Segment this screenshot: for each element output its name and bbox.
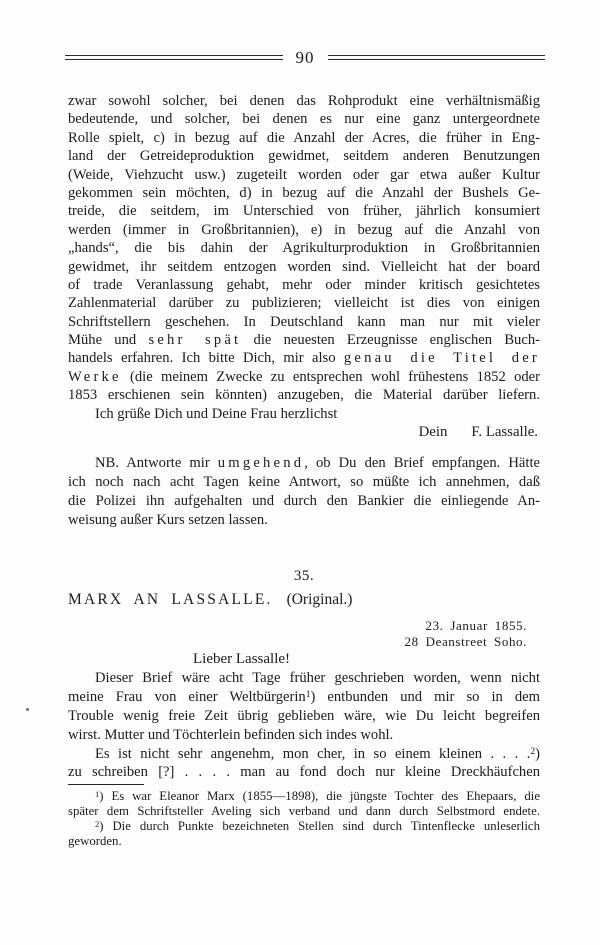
text-line: wirst. Mutter und Töchterlein befinden s… bbox=[68, 726, 540, 745]
date-block: 23. Januar 1855. 28 Deanstreet Soho. bbox=[68, 618, 540, 649]
section-heading: MARX AN LASSALLE.(Original.) bbox=[68, 590, 540, 609]
header-rule-right bbox=[328, 55, 546, 60]
section-number: 35. bbox=[68, 567, 540, 585]
text-line: „hands“, die bis dahin der Agrikulturpro… bbox=[68, 239, 540, 257]
page-header: 90 bbox=[65, 50, 545, 66]
address-line: 28 Deanstreet Soho. bbox=[68, 634, 527, 650]
text-line: bedeutende, und solcher, bei denen es nu… bbox=[68, 110, 540, 128]
signature-line: Dein F. Lassalle. bbox=[68, 423, 540, 441]
text-line: die Polizei ihn aufgehalten und durch de… bbox=[68, 492, 540, 511]
header-rule-left bbox=[65, 55, 283, 60]
text-line: Werke (die meinem Zwecke zu entsprechen … bbox=[68, 368, 540, 386]
text-line: ich noch nach acht Tagen keine Antwort, … bbox=[68, 473, 540, 492]
text-line: Rolle spielt, c) in bezug auf die Anzahl… bbox=[68, 129, 540, 147]
text-line: 1) Es war Eleanor Marx (1855—1898), die … bbox=[68, 789, 540, 804]
text-line: of trade Veranlassung gehabt, mehr oder … bbox=[68, 276, 540, 294]
text-line: 1853 erschienen sein könnten) anzugeben,… bbox=[68, 386, 540, 404]
page-content: zwar sowohl solcher, bei denen das Rohpr… bbox=[0, 92, 600, 849]
text-line: handels erfahren. Ich bitte Dich, mir al… bbox=[68, 349, 540, 367]
text-line: land der Getreideproduktion gewidmet, se… bbox=[68, 147, 540, 165]
text-line: weisung außer Kurs setzen lassen. bbox=[68, 511, 540, 530]
signature-salutation: Dein bbox=[419, 423, 448, 441]
text-line: zwar sowohl solcher, bei denen das Rohpr… bbox=[68, 92, 540, 110]
text-line: Schriftstellern geschehen. In Deutschlan… bbox=[68, 313, 540, 331]
text-line: gekommen sein möchten, d) in bezug auf d… bbox=[68, 184, 540, 202]
text-line: später dem Schriftsteller Aveling sich v… bbox=[68, 804, 540, 819]
text-line: Es ist nicht sehr angenehm, mon cher, in… bbox=[68, 745, 540, 764]
footnotes: 1) Es war Eleanor Marx (1855—1898), die … bbox=[68, 789, 540, 849]
text-line: treide, die seitdem, im Unterschied von … bbox=[68, 202, 540, 220]
text-line: Zahlenmaterial darüber zu publizieren; v… bbox=[68, 294, 540, 312]
nb-paragraph: NB. Antworte mir umgehend, ob Du den Bri… bbox=[68, 454, 540, 530]
page-number: 90 bbox=[296, 50, 315, 66]
text-line: geworden. bbox=[68, 834, 540, 849]
date-line: 23. Januar 1855. bbox=[68, 618, 527, 634]
text-line: gewidmet, ihr seitdem entzogen worden si… bbox=[68, 258, 540, 276]
letter-35-paragraph-1: Dieser Brief wäre acht Tage früher gesch… bbox=[68, 669, 540, 744]
letter-34-body: zwar sowohl solcher, bei denen das Rohpr… bbox=[68, 92, 540, 423]
text-line: 2) Die durch Punkte bezeichneten Stellen… bbox=[68, 819, 540, 834]
text-line: zu schreiben [?] . . . . man au fond doc… bbox=[68, 763, 540, 782]
heading-title: MARX AN LASSALLE. bbox=[68, 591, 273, 608]
text-line: Dieser Brief wäre acht Tage früher gesch… bbox=[68, 669, 540, 688]
letter-35-paragraph-2: Es ist nicht sehr angenehm, mon cher, in… bbox=[68, 745, 540, 783]
text-line: Ich grüße Dich und Deine Frau herzlichst bbox=[68, 405, 540, 423]
ink-speck bbox=[26, 708, 29, 711]
signature-name: F. Lassalle. bbox=[471, 423, 538, 441]
text-line: werden (immer in Großbritannien), e) in … bbox=[68, 221, 540, 239]
text-line: (Weide, Viehzucht usw.) zugeteilt worden… bbox=[68, 166, 540, 184]
text-line: Mühe und sehr spät die neuesten Erzeugni… bbox=[68, 331, 540, 349]
text-line: Trouble wenig freie Zeit übrig geblieben… bbox=[68, 707, 540, 726]
text-line: NB. Antworte mir umgehend, ob Du den Bri… bbox=[68, 454, 540, 473]
book-page: 90 zwar sowohl solcher, bei denen das Ro… bbox=[0, 0, 600, 945]
text-line: meine Frau von einer Weltbürgerin1) entb… bbox=[68, 688, 540, 707]
footnote-separator bbox=[68, 784, 144, 785]
salutation: Lieber Lassalle! bbox=[193, 650, 540, 669]
heading-suffix: (Original.) bbox=[287, 591, 353, 608]
